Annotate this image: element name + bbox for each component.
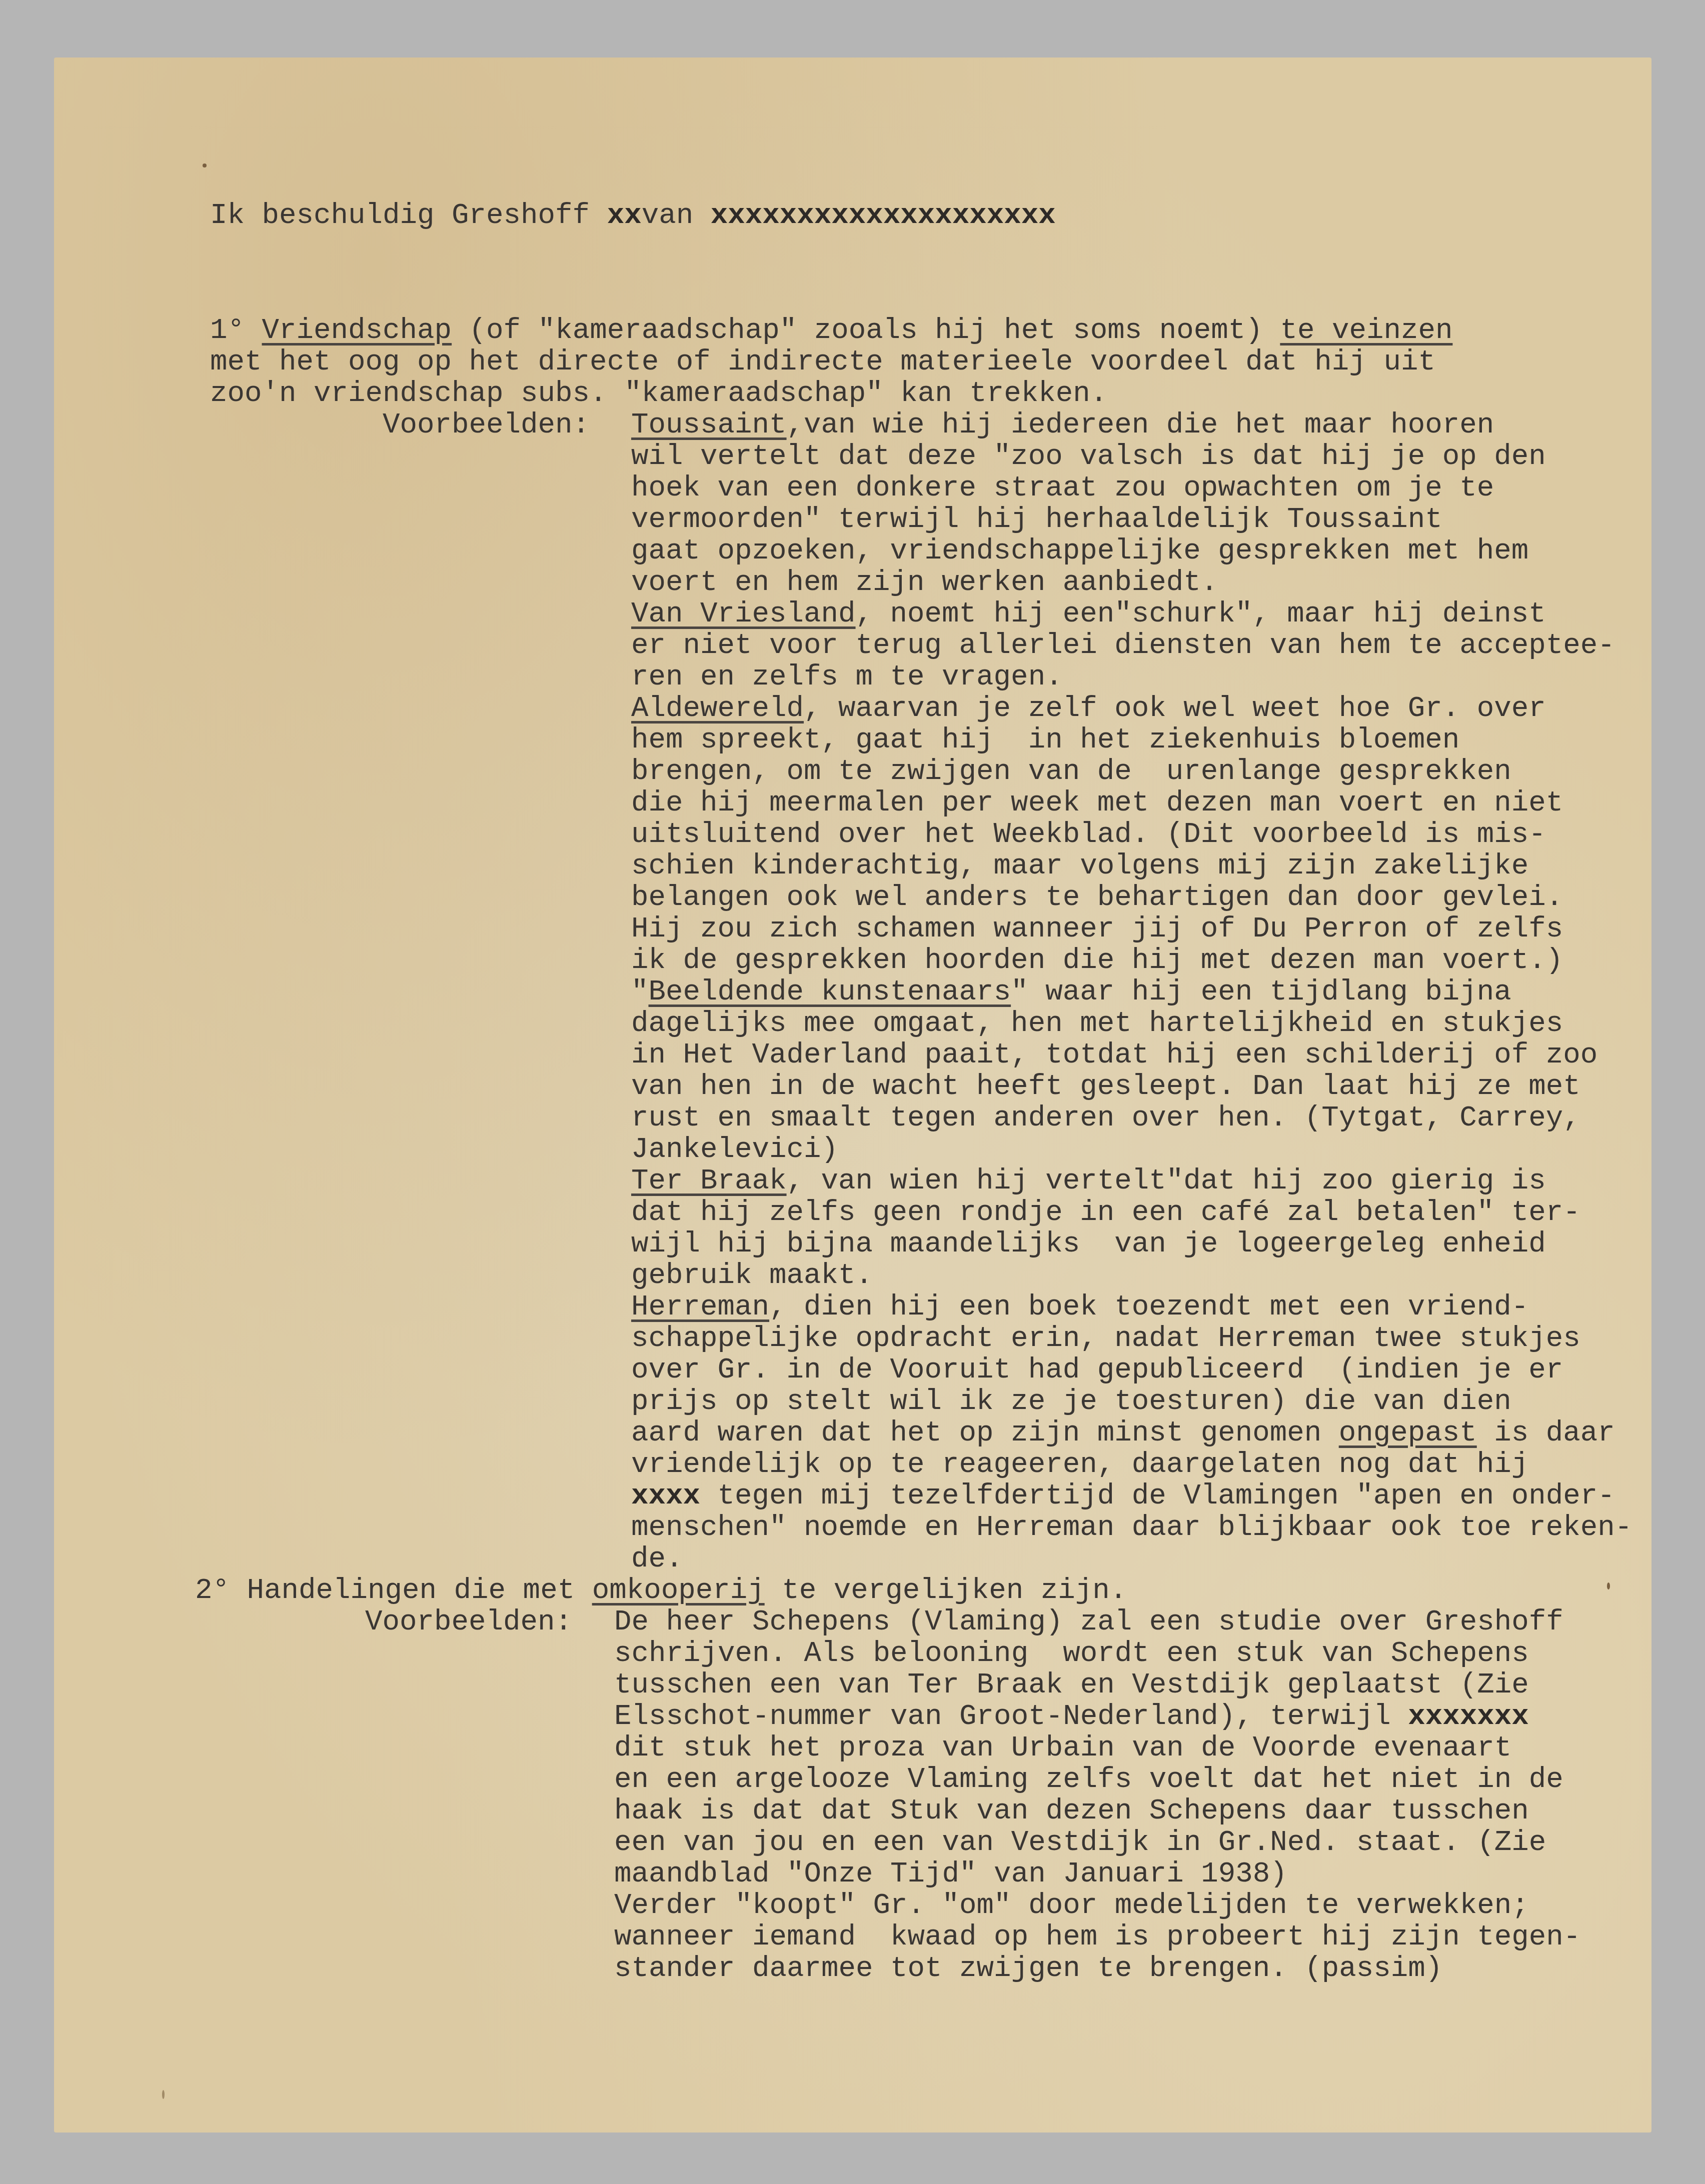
struck-out-text: xx: [607, 199, 642, 232]
text-line: uitsluitend over het Weekblad. (Dit voor…: [631, 819, 1546, 850]
text-line: tusschen een van Ter Braak en Vestdijk g…: [614, 1669, 1529, 1701]
text-line: dat hij zelfs geen rondje in een café za…: [631, 1197, 1580, 1228]
text-line: brengen, om te zwijgen van de urenlange …: [631, 756, 1511, 787]
text-line: haak is dat dat Stuk van dezen Schepens …: [614, 1795, 1529, 1827]
text-line: belangen ook wel anders te behartigen da…: [631, 882, 1563, 913]
heading-text: te vergelijken zijn.: [765, 1574, 1127, 1607]
quote-mark: ": [631, 976, 649, 1008]
title-van: van: [642, 199, 711, 232]
examples-label: Voorbeelden:: [365, 1606, 572, 1638]
text-fragment: , van wien hij vertelt"dat hij zoo gieri…: [787, 1165, 1546, 1197]
text-line: die hij meermalen per week met dezen man…: [631, 787, 1563, 819]
example-herreman: Herreman, dien hij een boek toezendt met…: [631, 1291, 1528, 1323]
title-text: Ik beschuldig Greshoff: [210, 199, 607, 232]
text-line: gaat opzoeken, vriendschappelijke gespre…: [631, 535, 1528, 567]
heading-text: (of "kameraadschap" zooals hij het soms …: [452, 314, 1280, 347]
text-line: met het oog op het directe of indirecte …: [210, 346, 1435, 378]
text-line: wil vertelt dat deze "zoo valsch is dat …: [631, 441, 1546, 472]
text-line: Hij zou zich schamen wanneer jij of Du P…: [631, 913, 1563, 945]
heading-text: Handelingen die met: [247, 1574, 592, 1607]
text-line: maandblad "Onze Tijd" van Januari 1938): [614, 1858, 1287, 1890]
example-beeldende-kunstenaars: "Beeldende kunstenaars" waar hij een tij…: [631, 976, 1511, 1008]
underlined-name: Toussaint: [631, 409, 787, 441]
underlined-term: Vriendschap: [262, 314, 452, 347]
text-line: de.: [631, 1543, 683, 1575]
underlined-name: Aldewereld: [631, 692, 804, 725]
paper-speck: [162, 2090, 165, 2099]
section-number: 2°: [195, 1574, 230, 1607]
text-line: dagelijks mee omgaat, hen met hartelijkh…: [631, 1008, 1563, 1039]
section-2-heading: 2° Handelingen die met omkooperij te ver…: [195, 1575, 1127, 1606]
text-fragment: aard waren dat het op zijn minst genomen: [631, 1417, 1339, 1449]
text-fragment: " waar hij een tijdlang bijna: [1011, 976, 1511, 1008]
text-line: er niet voor terug allerlei diensten van…: [631, 630, 1615, 661]
text-fragment: , noemt hij een"schurk", maar hij deinst: [856, 598, 1546, 630]
paper-speck: [1607, 1582, 1610, 1589]
text-line: ren en zelfs m te vragen.: [631, 661, 1063, 693]
struck-out-text: xxxxxxx: [1408, 1700, 1529, 1733]
text-line: over Gr. in de Vooruit had gepubliceerd …: [631, 1354, 1563, 1386]
text-line: ik de gesprekken hoorden die hij met dez…: [631, 945, 1563, 976]
text-line: Verder "koopt" Gr. "om" door medelijden …: [614, 1890, 1529, 1921]
text-line: schrijven. Als belooning wordt een stuk …: [614, 1638, 1529, 1669]
section-1-heading: 1° Vriendschap (of "kameraadschap" zooal…: [210, 315, 1452, 346]
text-line: schien kinderachtig, maar volgens mij zi…: [631, 850, 1528, 882]
text-line: schappelijke opdracht erin, nadat Herrem…: [631, 1323, 1580, 1354]
text-line: zoo'n vriendschap subs. "kameraadschap" …: [210, 378, 1107, 409]
text-line: en een argelooze Vlaming zelfs voelt dat…: [614, 1764, 1563, 1795]
text-line: De heer Schepens (Vlaming) zal een studi…: [614, 1606, 1563, 1638]
text-line: vermoorden" terwijl hij herhaaldelijk To…: [631, 504, 1442, 535]
underlined-name: Van Vriesland: [631, 598, 856, 630]
text-line: van hen in de wacht heeft gesleept. Dan …: [631, 1071, 1580, 1102]
text-fragment: is daar: [1477, 1417, 1615, 1449]
underlined-name: Beeldende kunstenaars: [649, 976, 1011, 1008]
text-line: prijs op stelt wil ik ze je toesturen) d…: [631, 1386, 1511, 1417]
underlined-name: Herreman: [631, 1291, 769, 1323]
text-line: wijl hij bijna maandelijks van je logeer…: [631, 1228, 1546, 1260]
text-line: xxxx tegen mij tezelfdertijd de Vlaminge…: [631, 1480, 1615, 1512]
example-aldewereld: Aldewereld, waarvan je zelf ook wel weet…: [631, 693, 1546, 724]
text-fragment: , dien hij een boek toezendt met een vri…: [769, 1291, 1528, 1323]
section-number: 1°: [210, 314, 245, 347]
text-line: rust en smaalt tegen anderen over hen. (…: [631, 1102, 1580, 1134]
example-van-vriesland: Van Vriesland, noemt hij een"schurk", ma…: [631, 598, 1546, 630]
text-line: een van jou en een van Vestdijk in Gr.Ne…: [614, 1827, 1546, 1858]
text-fragment: , waarvan je zelf ook wel weet hoe Gr. o…: [804, 692, 1546, 725]
underlined-term: omkooperij: [592, 1574, 765, 1607]
text-line: stander daarmee tot zwijgen te brengen. …: [614, 1953, 1442, 1984]
text-fragment: tegen mij tezelfdertijd de Vlamingen "ap…: [700, 1480, 1615, 1512]
text-line: hoek van een donkere straat zou opwachte…: [631, 472, 1494, 504]
text-fragment: ,van wie hij iedereen die het maar hoore…: [787, 409, 1494, 441]
text-line: aard waren dat het op zijn minst genomen…: [631, 1417, 1615, 1449]
text-line: wanneer iemand kwaad op hem is probeert …: [614, 1921, 1580, 1953]
title-line: Ik beschuldig Greshoff xxvan xxxxxxxxxxx…: [210, 200, 1056, 231]
text-fragment: Elsschot-nummer van Groot-Nederland), te…: [614, 1700, 1408, 1733]
text-line: vriendelijk op te reageeren, daargelaten…: [631, 1449, 1528, 1480]
example-ter-braak: Ter Braak, van wien hij vertelt"dat hij …: [631, 1165, 1546, 1197]
struck-out-text: xxxxxxxxxxxxxxxxxxxx: [711, 199, 1056, 232]
underlined-term: ongepast: [1339, 1417, 1477, 1449]
text-line: menschen" noemde en Herreman daar blijkb…: [631, 1512, 1632, 1543]
text-line: Elsschot-nummer van Groot-Nederland), te…: [614, 1701, 1529, 1732]
text-line: hem spreekt, gaat hij in het ziekenhuis …: [631, 724, 1459, 756]
paper-speck: [203, 163, 207, 167]
example-toussaint: Toussaint,van wie hij iedereen die het m…: [631, 409, 1494, 441]
text-line: in Het Vaderland paait, totdat hij een s…: [631, 1039, 1597, 1071]
text-line: voert en hem zijn werken aanbiedt.: [631, 567, 1218, 598]
underlined-name: Ter Braak: [631, 1165, 787, 1197]
text-line: dit stuk het proza van Urbain van de Voo…: [614, 1732, 1511, 1764]
struck-out-text: xxxx: [631, 1480, 700, 1512]
text-line: gebruik maakt.: [631, 1260, 873, 1291]
text-line: Jankelevici): [631, 1134, 838, 1165]
examples-label: Voorbeelden:: [383, 409, 590, 441]
underlined-term: te veinzen: [1280, 314, 1452, 347]
